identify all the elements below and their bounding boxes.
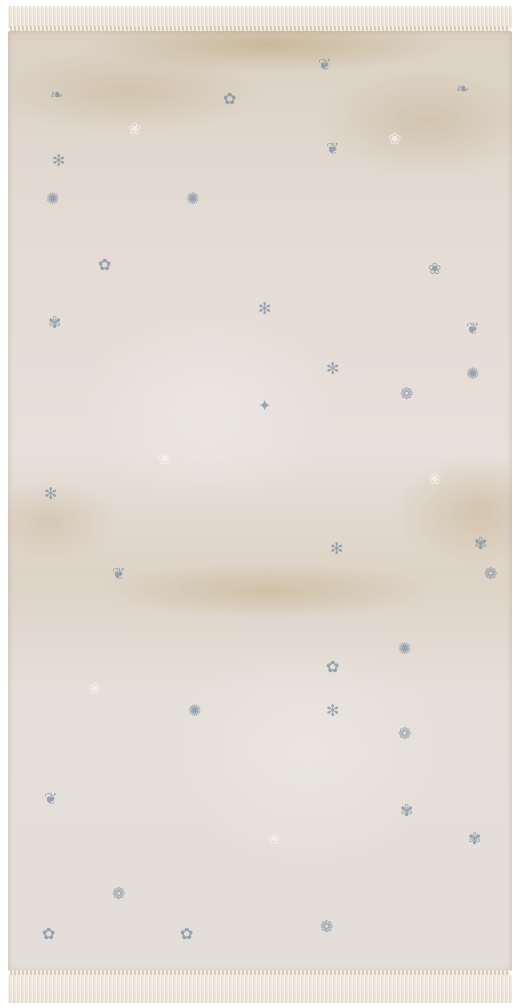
motif: ❀ bbox=[428, 471, 441, 487]
motif: ✾ bbox=[400, 803, 413, 819]
motif: ✾ bbox=[48, 315, 61, 331]
motif: ✿ bbox=[42, 926, 55, 942]
motif: ✺ bbox=[398, 641, 411, 657]
motif: ✦ bbox=[258, 398, 271, 414]
motif: ❦ bbox=[466, 321, 479, 337]
motif: ❀ bbox=[128, 121, 141, 137]
motif: ❀ bbox=[88, 681, 101, 697]
motif: ❀ bbox=[428, 261, 441, 277]
motif: ✿ bbox=[98, 257, 111, 273]
motif: ✿ bbox=[180, 926, 193, 942]
motif: ❁ bbox=[484, 566, 497, 582]
motif: ✺ bbox=[188, 703, 201, 719]
motif: ❦ bbox=[112, 566, 125, 582]
motif: ✺ bbox=[46, 191, 59, 207]
motif: ❀ bbox=[268, 831, 281, 847]
motif: ❦ bbox=[44, 791, 57, 807]
motif: ✺ bbox=[186, 191, 199, 207]
motif: ✺ bbox=[466, 366, 479, 382]
motif: ❦ bbox=[318, 57, 331, 73]
motif: ✿ bbox=[326, 659, 339, 675]
rug-field: ❧ ✿ ❦ ❧ ✻ ✺ ✺ ❦ ✿ ❀ ✾ ✻ ❦ ✻ ❁ ✺ ✦ ✻ ✻ ✾ … bbox=[8, 31, 512, 971]
motif: ✻ bbox=[326, 703, 339, 719]
bottom-fringe bbox=[8, 975, 512, 1003]
motif: ✻ bbox=[258, 301, 271, 317]
motif: ❧ bbox=[50, 87, 63, 103]
motif: ❀ bbox=[388, 131, 401, 147]
motif: ✾ bbox=[468, 831, 481, 847]
motif: ❁ bbox=[112, 886, 125, 902]
motif: ❧ bbox=[456, 81, 469, 97]
motif: ✻ bbox=[326, 361, 339, 377]
motif: ❁ bbox=[320, 919, 333, 935]
motif: ❁ bbox=[398, 726, 411, 742]
motif: ❦ bbox=[326, 141, 339, 157]
motif: ✾ bbox=[474, 536, 487, 552]
motif: ✻ bbox=[44, 486, 57, 502]
motif: ✻ bbox=[52, 153, 65, 169]
motif: ❀ bbox=[158, 451, 171, 467]
top-fringe bbox=[8, 6, 512, 28]
motif: ❁ bbox=[400, 386, 413, 402]
motif: ✿ bbox=[223, 91, 236, 107]
motif: ✻ bbox=[330, 541, 343, 557]
